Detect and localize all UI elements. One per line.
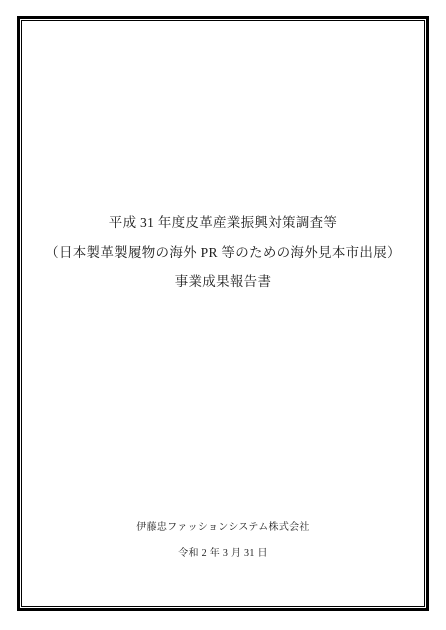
report-footer-block: 伊藤忠ファッションシステム株式会社 令和 2 年 3 月 31 日 [0, 515, 446, 566]
report-title-block: 平成 31 年度皮革産業振興対策調査等 （日本製革製履物の海外 PR 等のための… [0, 208, 446, 297]
report-title-line-2: （日本製革製履物の海外 PR 等のための海外見本市出展） [0, 238, 446, 268]
company-name: 伊藤忠ファッションシステム株式会社 [0, 515, 446, 541]
report-title-line-3: 事業成果報告書 [0, 267, 446, 297]
report-date: 令和 2 年 3 月 31 日 [0, 541, 446, 567]
report-cover-page: 平成 31 年度皮革産業振興対策調査等 （日本製革製履物の海外 PR 等のための… [0, 0, 446, 630]
report-title-line-1: 平成 31 年度皮革産業振興対策調査等 [0, 208, 446, 238]
